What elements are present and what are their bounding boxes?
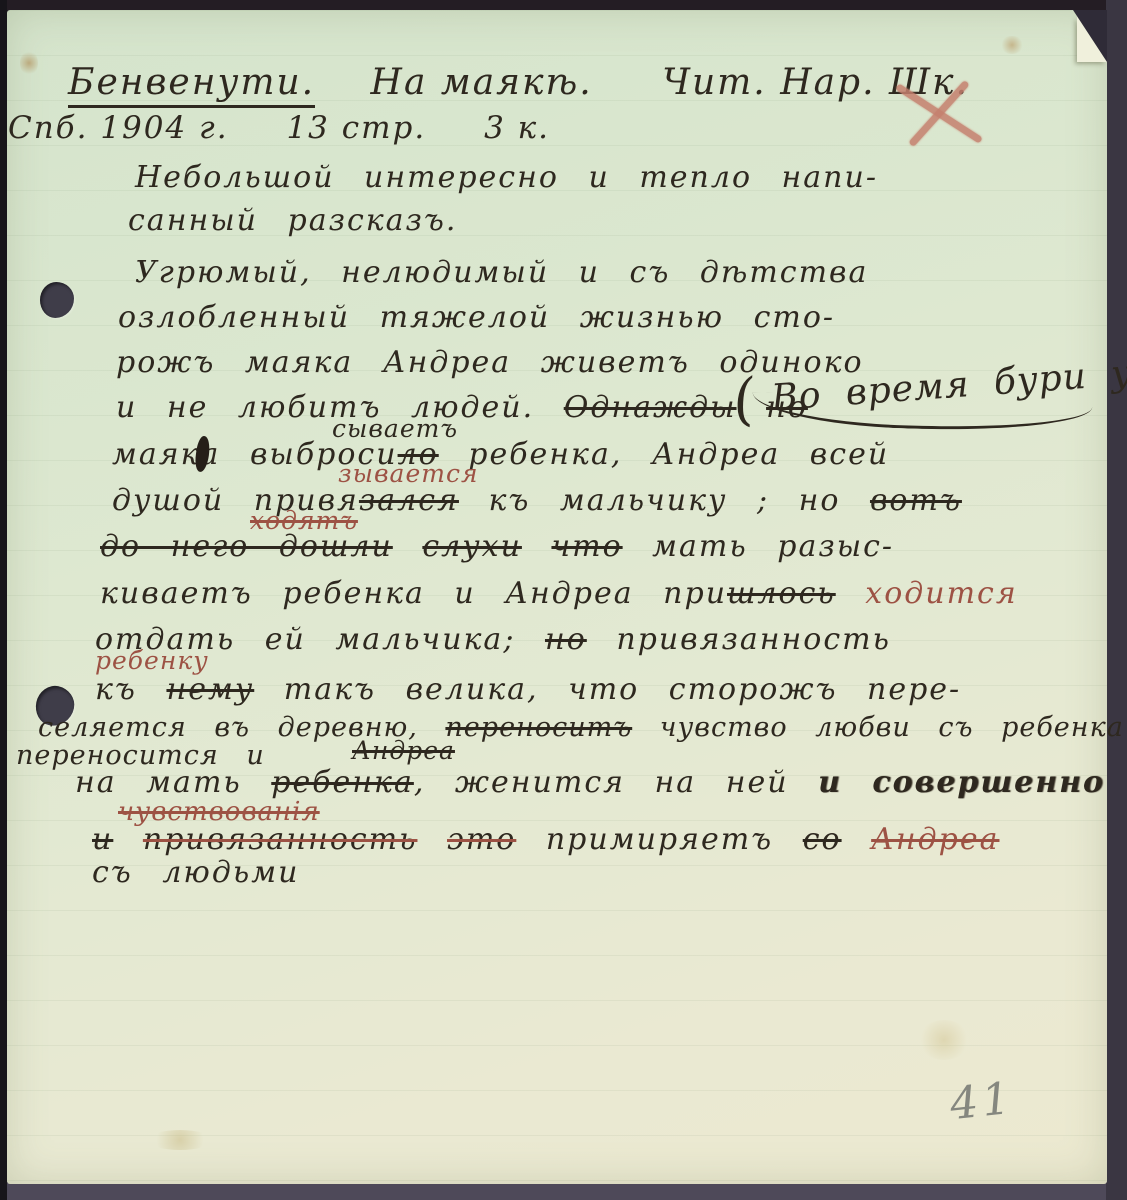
text-segment: Однажды (564, 390, 737, 425)
pencil-page-number: 41 (948, 1073, 1017, 1130)
text-segment: слухи (422, 529, 522, 564)
text-segment (113, 822, 143, 857)
text-segment: это (447, 822, 516, 857)
paper-stain (20, 50, 38, 76)
text-segment (417, 822, 447, 857)
text-segment: такъ велика, что сторожъ пере- (254, 672, 961, 707)
text-segment: ребенка (271, 765, 414, 800)
line-summary-13: и привязанность это примиряетъ со Андреа (92, 822, 999, 857)
line-review-1: Небольшой интересно и тепло напи- (135, 160, 878, 195)
imprint-pages: 13 стр. (286, 110, 426, 146)
text-segment: ребенка, Андреа всей (439, 437, 889, 472)
imprint-place-year: Спб. 1904 г. (8, 110, 229, 146)
paper-stain (1000, 36, 1024, 54)
text-segment: привязанность (587, 622, 891, 657)
text-segment: на мать (75, 765, 271, 800)
text-segment: переноситъ (445, 712, 632, 743)
backdrop-edge-left (0, 0, 7, 1200)
red-x-stroke (908, 80, 969, 147)
line-summary-14: съ людьми (92, 855, 299, 890)
text-segment: что (551, 529, 622, 564)
paper-stain (148, 1130, 212, 1150)
line-summary-9: отдать ей мальчика; но привязанность (95, 622, 891, 657)
line-summary-4: и не любитъ людей. Однажды но (116, 390, 808, 425)
text-segment: Небольшой интересно и тепло напи- (135, 160, 878, 195)
paper-stain (918, 1020, 970, 1060)
text-segment: привязанность (143, 822, 418, 857)
line-summary-2: озлобленный тяжелой жизнью сто- (118, 300, 835, 335)
text-segment (836, 576, 866, 611)
line-summary-10: къ нему такъ велика, что сторожъ пере- (95, 672, 961, 707)
imprint-price: 3 к. (484, 110, 550, 146)
text-segment: Андреа (352, 736, 455, 765)
header-imprint-line: Спб. 1904 г. 13 стр. 3 к. (8, 110, 596, 146)
text-segment: киваетъ ребенка и Андреа при (100, 576, 727, 611)
text-segment: шлось (727, 576, 836, 611)
line-summary-1: Угрюмый, нелюдимый и съ дѣтства (135, 255, 868, 290)
text-segment: къ (95, 672, 166, 707)
line-summary-6: душой привязался къ мальчику ; но вотъ (112, 483, 962, 518)
title-work: На маякѣ. (371, 62, 593, 103)
text-segment: ребенку (95, 646, 209, 675)
text-segment: зался (359, 483, 459, 518)
text-segment (393, 529, 423, 564)
interline-correction-5: Андреа (352, 736, 455, 765)
line-summary-11: селяется въ деревню, переноситъ чувство … (38, 712, 1124, 743)
text-segment: съ людьми (92, 855, 299, 890)
text-segment: санный разсказъ. (128, 203, 457, 238)
backdrop-edge-bottom (0, 1183, 1127, 1200)
line-summary-12: на мать ребенка, женится на ней и соверш… (75, 765, 1105, 800)
line-summary-5: маяка выбросило ребенка, Андреа всей (112, 437, 889, 472)
scanned-manuscript-page: Бенвенути. На маякѣ. Чит. Нар. Шк. Спб. … (0, 0, 1127, 1200)
red-x-mark (893, 74, 983, 152)
text-segment: примиряетъ (516, 822, 802, 857)
header-title-line: Бенвенути. На маякѣ. Чит. Нар. Шк. (68, 62, 969, 103)
text-segment: озлобленный тяжелой жизнью сто- (118, 300, 835, 335)
text-segment: вотъ (870, 483, 962, 518)
text-segment: со (803, 822, 842, 857)
text-segment: Угрюмый, нелюдимый и съ дѣтства (135, 255, 868, 290)
backdrop-edge-right (1106, 0, 1127, 1200)
line-summary-7: до него дошли слухи что мать разыс- (100, 529, 894, 564)
text-segment: и совершенно (818, 765, 1105, 800)
line-review-2: санный разсказъ. (128, 203, 457, 238)
title-author: Бенвенути. (68, 62, 315, 108)
text-segment: Андреа (871, 822, 999, 857)
text-segment: ходится (865, 576, 1017, 611)
text-segment: къ мальчику ; но (459, 483, 870, 518)
text-segment: , женится на ней (414, 765, 818, 800)
text-segment: до него дошли (100, 529, 393, 564)
text-segment (522, 529, 552, 564)
text-segment: нему (166, 672, 254, 707)
interline-correction-4: ребенку (95, 646, 209, 675)
text-segment: но (545, 622, 587, 657)
text-segment: мать разыс- (623, 529, 894, 564)
text-segment (842, 822, 872, 857)
line-summary-8: киваетъ ребенка и Андреа пришлось ходитс… (100, 576, 1018, 611)
text-segment: чувство любви съ ребенка (632, 712, 1124, 743)
folded-corner-cut (1073, 10, 1107, 62)
text-segment: и (92, 822, 113, 857)
